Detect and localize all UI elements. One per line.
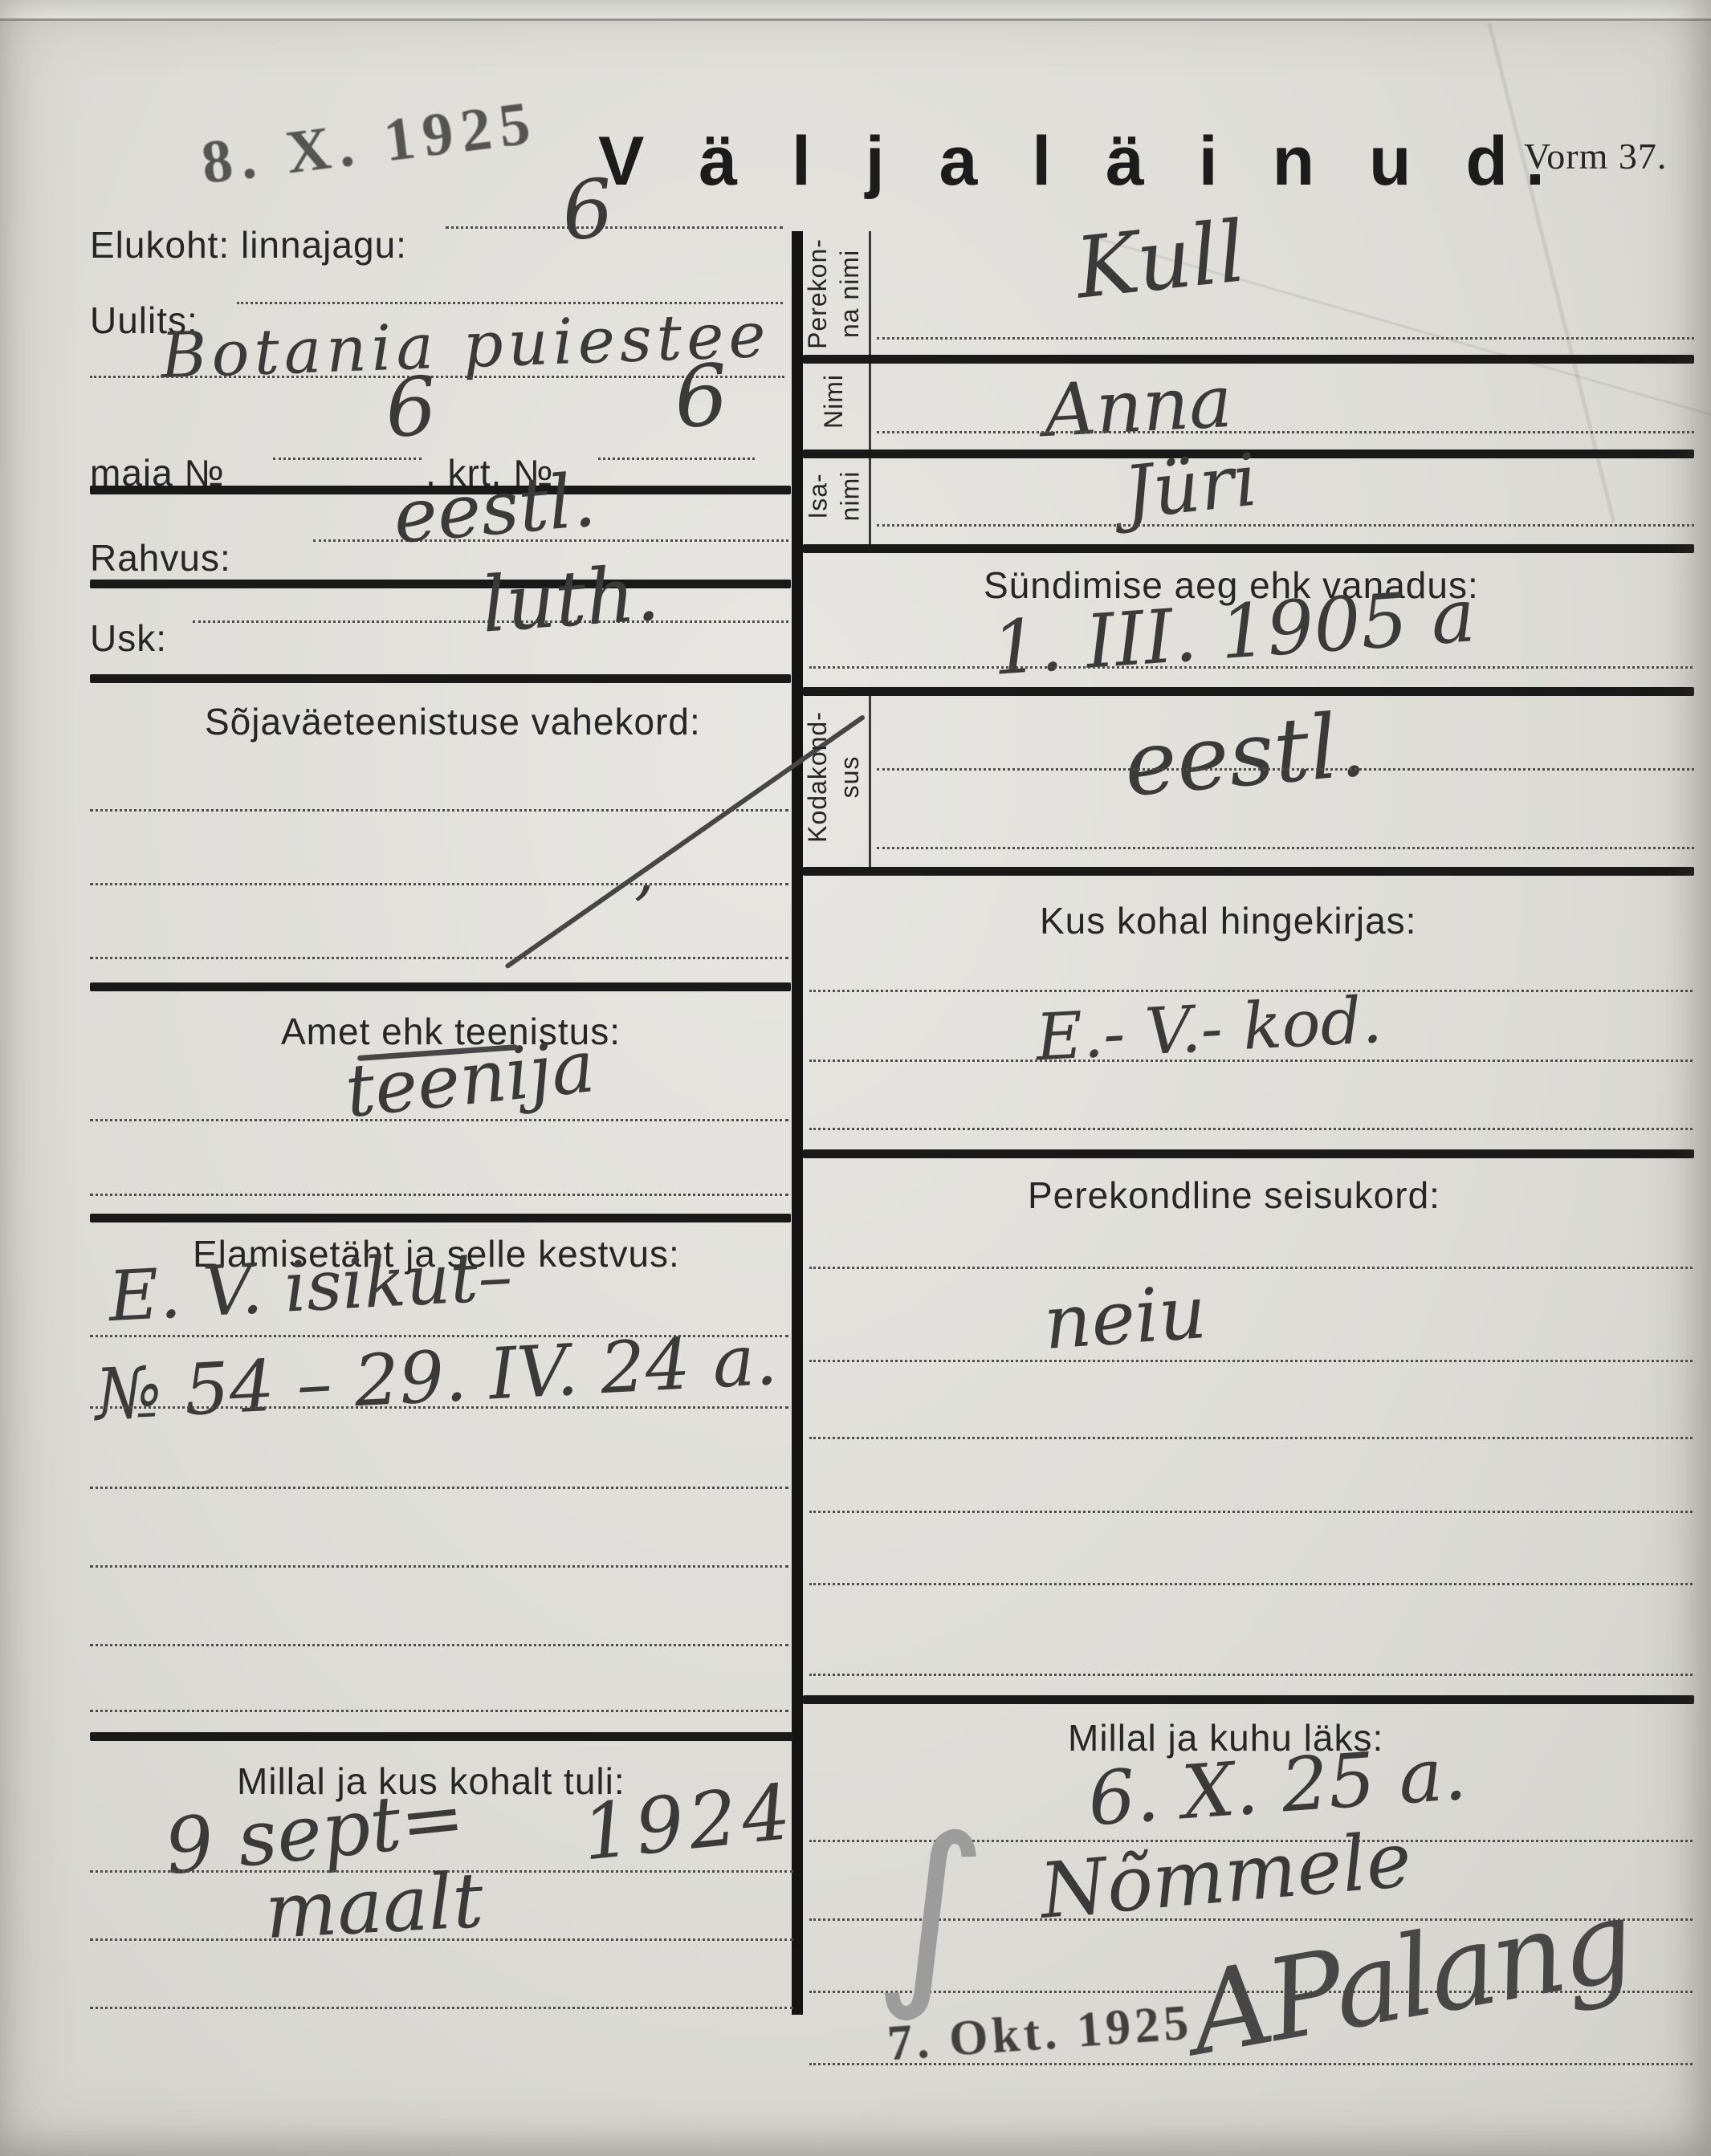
field-label-elukoht: Elukoht: linnajagu: xyxy=(90,223,407,266)
form-number: Vorm 37. xyxy=(1524,135,1667,177)
handwriting-krt-nr: 6 xyxy=(671,353,731,441)
dotted-line xyxy=(90,1194,788,1196)
handwriting-elamisetaht-2: № 54 – 29. IV. 24 a. xyxy=(93,1324,779,1430)
dotted-line xyxy=(877,337,1694,340)
dotted-line xyxy=(90,1119,788,1121)
dotted-line xyxy=(809,1128,1693,1130)
dotted-line xyxy=(809,1267,1693,1269)
field-label-kodakondsus-text: Kodakond- sus xyxy=(801,711,866,843)
section-rule xyxy=(803,1149,1694,1158)
dotted-line xyxy=(809,1360,1693,1362)
dotted-line xyxy=(877,524,1694,527)
dotted-line xyxy=(90,1710,788,1712)
handwriting-dash-mark: , xyxy=(634,839,654,903)
dotted-line xyxy=(90,2007,793,2009)
section-rule xyxy=(803,687,1694,696)
section-rule xyxy=(803,867,1694,876)
dotted-line xyxy=(90,1938,793,1941)
dotted-line xyxy=(90,1565,788,1568)
dotted-line xyxy=(809,1060,1693,1062)
field-label-isanimi: Isa- nimi xyxy=(796,451,870,541)
field-label-nimi: Nimi xyxy=(796,356,870,446)
handwriting-usk: luth. xyxy=(479,555,662,644)
dotted-line xyxy=(90,957,788,959)
page-title: V ä l j a l ä i n u d. xyxy=(598,122,1562,201)
handwriting-perekonnanimi: Kull xyxy=(1072,209,1249,311)
dotted-line xyxy=(90,1644,788,1646)
handwriting-elukoht: 6 xyxy=(559,168,617,252)
dotted-line xyxy=(809,1674,1693,1676)
handwriting-nimi: Anna xyxy=(1042,366,1234,448)
field-label-rahvus: Rahvus: xyxy=(90,536,231,580)
date-stamp-received: 8. X. 1925 xyxy=(198,88,541,199)
field-label-hingekiri: Kus kohal hingekirjas: xyxy=(1040,899,1416,942)
field-label-kodakondsus: Kodakond- sus xyxy=(796,689,870,865)
field-label-perekonnanimi-text: Perekon- na nimi xyxy=(801,238,866,349)
handwriting-kodakondsus: eestl. xyxy=(1121,700,1369,809)
handwriting-elamisetaht-1: E. V. isikut– xyxy=(107,1242,514,1332)
field-label-sojavae: Sõjaväeteenistuse vahekord: xyxy=(205,700,701,743)
dotted-line xyxy=(809,1511,1693,1513)
section-rule xyxy=(803,544,1694,553)
dotted-line xyxy=(809,666,1693,669)
field-label-nimi-text: Nimi xyxy=(817,374,849,429)
dotted-line xyxy=(273,458,422,460)
dotted-line xyxy=(90,883,788,885)
dotted-line xyxy=(90,809,788,812)
section-rule xyxy=(803,355,1694,364)
dotted-line xyxy=(809,1583,1693,1585)
dotted-line xyxy=(877,847,1694,849)
handwriting-rahvus: eestl. xyxy=(390,463,598,555)
dotted-line xyxy=(877,431,1694,433)
scanned-form-valjalainud: 8. X. 1925 V ä l j a l ä i n u d. Vorm 3… xyxy=(0,0,1711,2156)
section-rule xyxy=(803,1695,1694,1704)
handwriting-maja-nr: 6 xyxy=(383,366,439,450)
section-rule xyxy=(90,674,791,683)
dotted-line xyxy=(809,1437,1693,1439)
field-label-isanimi-text: Isa- nimi xyxy=(801,471,866,522)
pencil-check-mark: ∫ xyxy=(872,1807,990,2014)
field-label-perekonnanimi: Perekon- na nimi xyxy=(796,234,870,353)
dotted-line xyxy=(90,1406,788,1409)
handwriting-seisukord: neiu xyxy=(1041,1275,1208,1361)
section-rule xyxy=(90,982,791,991)
dotted-line xyxy=(90,1487,788,1489)
paper-crease xyxy=(1488,23,1616,523)
handwriting-tuli-from: maalt xyxy=(263,1863,486,1951)
handwriting-hingekiri: E.- V.- kod. xyxy=(1034,988,1383,1070)
field-label-usk: Usk: xyxy=(90,616,167,660)
field-label-seisukord: Perekondline seisukord: xyxy=(1028,1174,1440,1217)
handwriting-isanimi: Jüri xyxy=(1121,445,1261,531)
paper-top-edge xyxy=(0,0,1711,21)
section-rule xyxy=(90,1214,791,1222)
dotted-line xyxy=(877,768,1694,771)
section-rule xyxy=(90,1732,793,1741)
dotted-line xyxy=(598,458,755,460)
handwriting-tuli-year: 1924 xyxy=(579,1774,799,1872)
section-rule xyxy=(90,580,791,588)
